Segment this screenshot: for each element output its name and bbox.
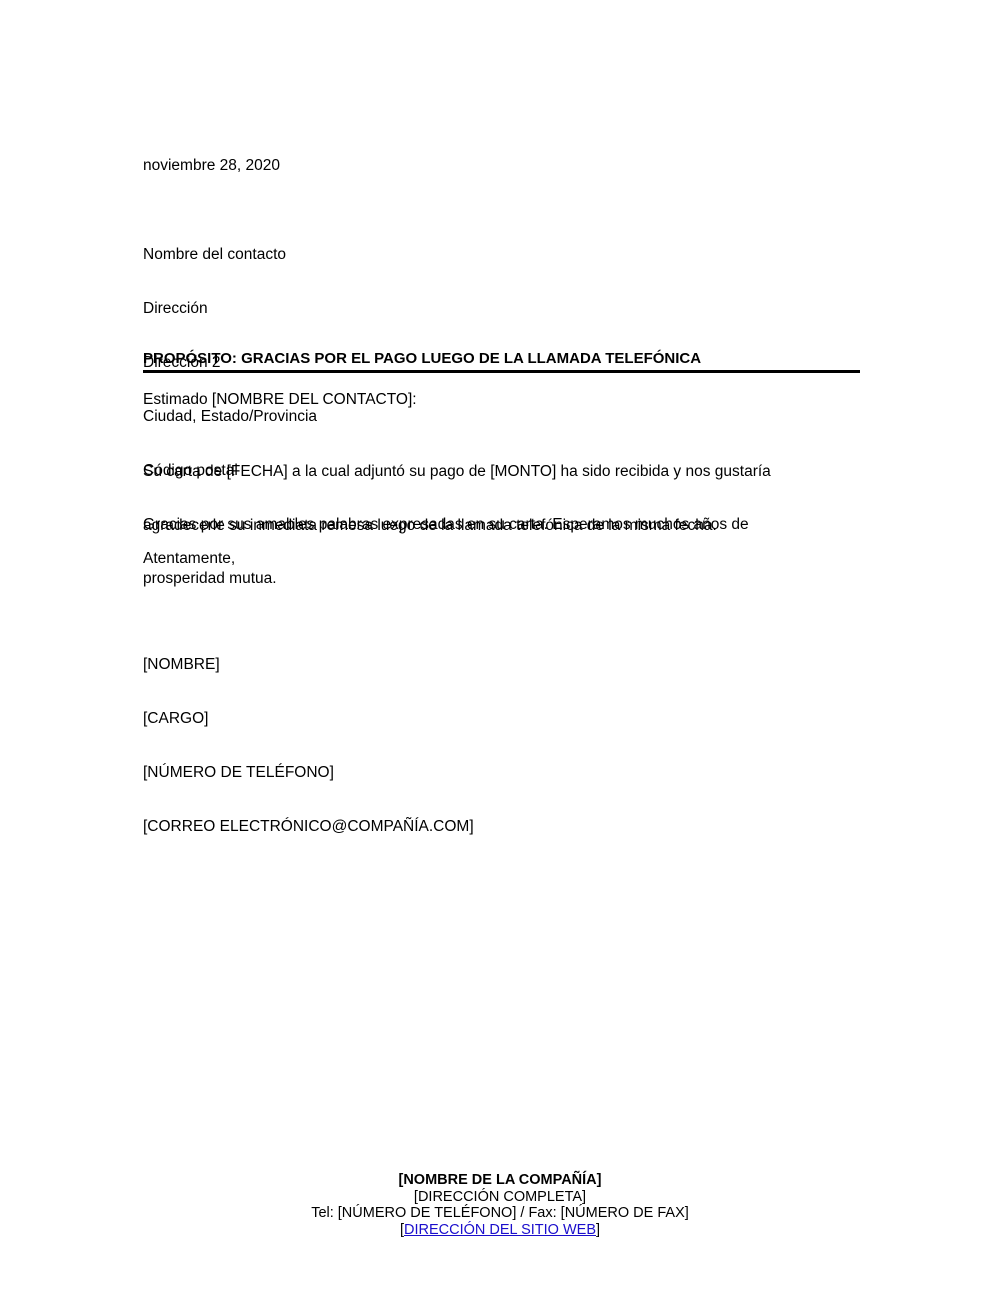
recipient-city-state: Ciudad, Estado/Provincia xyxy=(143,408,317,426)
paragraph-line: prosperidad mutua. xyxy=(143,570,749,588)
letter-page: noviembre 28, 2020 Nombre del contacto D… xyxy=(0,0,1000,1290)
letter-date: noviembre 28, 2020 xyxy=(143,157,280,175)
footer-website: [DIRECCIÓN DEL SITIO WEB] xyxy=(0,1222,1000,1239)
paragraph-line: Gracias por sus amables palabras expresa… xyxy=(143,516,749,534)
recipient-address-line-1: Dirección xyxy=(143,300,317,318)
signature-email: [CORREO ELECTRÓNICO@COMPAÑÍA.COM] xyxy=(143,818,474,836)
website-link[interactable]: DIRECCIÓN DEL SITIO WEB xyxy=(404,1222,596,1238)
closing: Atentamente, xyxy=(143,550,235,568)
bracket-close: ] xyxy=(596,1222,600,1238)
signature-phone: [NÚMERO DE TELÉFONO] xyxy=(143,764,474,782)
footer-contact: Tel: [NÚMERO DE TELÉFONO] / Fax: [NÚMERO… xyxy=(0,1205,1000,1222)
salutation: Estimado [NOMBRE DEL CONTACTO]: xyxy=(143,391,417,409)
subject-line: PROPÓSITO: GRACIAS POR EL PAGO LUEGO DE … xyxy=(143,350,860,373)
recipient-name: Nombre del contacto xyxy=(143,246,317,264)
paragraph-line: Su carta de [FECHA] a la cual adjuntó su… xyxy=(143,463,771,481)
signature-block: [NOMBRE] [CARGO] [NÚMERO DE TELÉFONO] [C… xyxy=(143,620,474,872)
signature-title: [CARGO] xyxy=(143,710,474,728)
signature-name: [NOMBRE] xyxy=(143,656,474,674)
footer-address: [DIRECCIÓN COMPLETA] xyxy=(0,1189,1000,1206)
company-footer: [NOMBRE DE LA COMPAÑÍA] [DIRECCIÓN COMPL… xyxy=(0,1172,1000,1238)
footer-company-name: [NOMBRE DE LA COMPAÑÍA] xyxy=(0,1172,1000,1189)
